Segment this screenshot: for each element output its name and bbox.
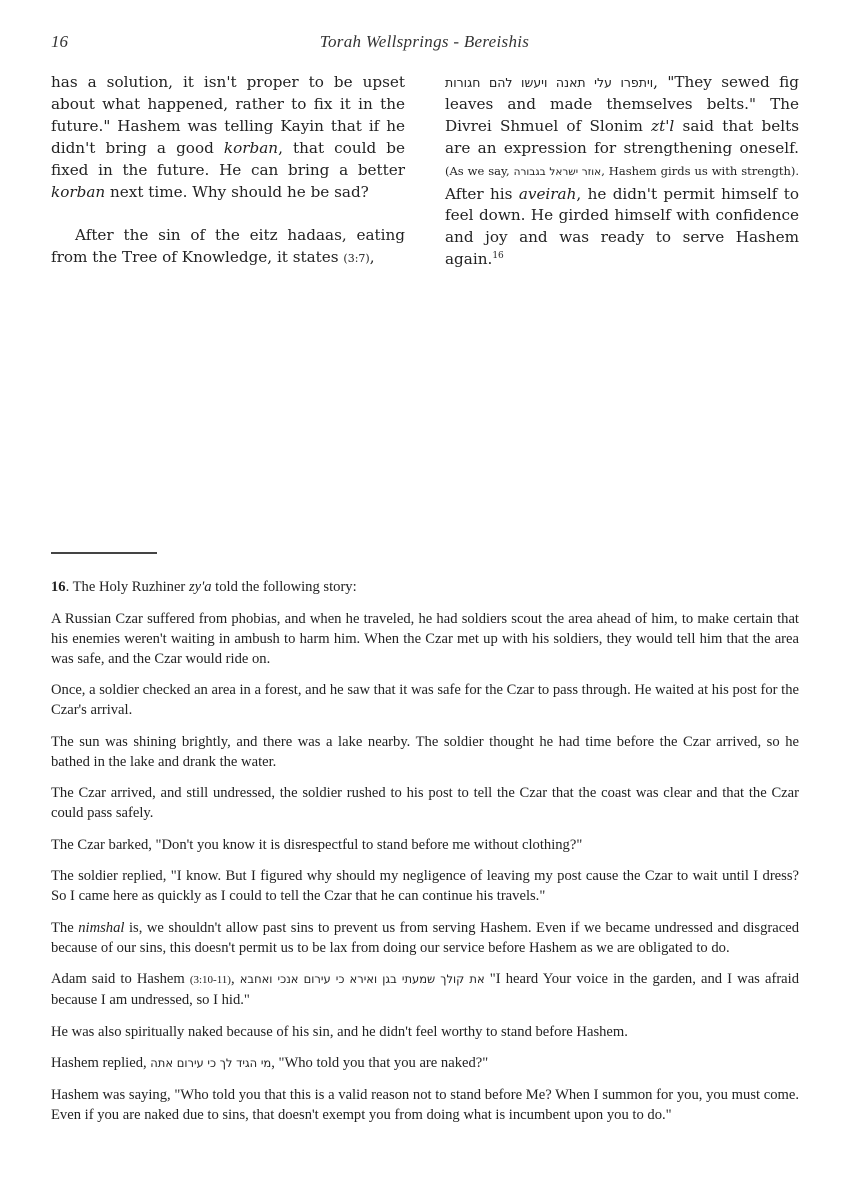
footnote-reference[interactable]: 16: [492, 251, 503, 261]
italic-term: aveirah: [519, 185, 577, 203]
text-run: . The Holy Ruzhiner: [66, 579, 189, 595]
text-run: next time. Why should he be sad?: [105, 183, 369, 201]
hebrew-quote: אוזר ישראל בגבורה: [514, 166, 602, 178]
footnote-paragraph: The soldier replied, "I know. But I figu…: [51, 866, 799, 906]
text-run: , Hashem girds us with strength).: [601, 164, 799, 178]
hebrew-quote: ויתפרו עלי תאנה ויעשו להם חגורות: [445, 75, 653, 90]
parenthetical: (As we say, אוזר ישראל בגבורה, Hashem gi…: [445, 164, 799, 178]
footnote-paragraph: The nimshal is, we shouldn't allow past …: [51, 918, 799, 958]
right-column: ויתפרו עלי תאנה ויעשו להם חגורות, "They …: [445, 72, 799, 271]
text-run: After his: [445, 185, 519, 203]
footnote-number: 16: [51, 579, 66, 595]
italic-term: zt'l: [651, 117, 674, 135]
footnote-paragraph: The Czar barked, "Don't you know it is d…: [51, 835, 799, 855]
text-run: Adam said to Hashem: [51, 971, 190, 987]
body-columns: has a solution, it isn't proper to be up…: [51, 72, 799, 271]
footnote-paragraph: He was also spiritually naked because of…: [51, 1022, 799, 1042]
footnote-paragraph: The sun was shining brightly, and there …: [51, 732, 799, 772]
text-run: is, we shouldn't allow past sins to prev…: [51, 920, 799, 956]
footnote-paragraph: Hashem replied, מי הגיד לך כי עירום אתה,…: [51, 1053, 799, 1073]
paragraph: After the sin of the eitz hadaas, eating…: [51, 225, 405, 270]
italic-term: nimshal: [78, 920, 124, 936]
footnote-paragraph: Hashem was saying, "Who told you that th…: [51, 1085, 799, 1125]
verse-reference: (3:7): [343, 252, 369, 265]
text-run: The: [51, 920, 78, 936]
footnote-paragraph: The Czar arrived, and still undressed, t…: [51, 783, 799, 823]
text-run: ,: [370, 248, 375, 266]
footnote-paragraph: Once, a soldier checked an area in a for…: [51, 680, 799, 720]
verse-reference: (3:10-11): [190, 974, 231, 986]
running-header: 16 Torah Wellsprings - Bereishis: [51, 32, 798, 56]
footnote-intro: 16. The Holy Ruzhiner zy'a told the foll…: [51, 577, 799, 597]
text-run: , "Who told you that you are naked?": [271, 1055, 488, 1071]
italic-term: korban: [224, 139, 278, 157]
italic-term: korban: [51, 183, 105, 201]
hebrew-quote: מי הגיד לך כי עירום אתה: [150, 1056, 271, 1070]
book-title: Torah Wellsprings - Bereishis: [51, 32, 798, 52]
text-run: (As we say,: [445, 164, 514, 178]
hebrew-quote: את קולך שמעתי בגן ואירא כי עירום אנכי וא…: [240, 972, 485, 986]
italic-term: zy'a: [189, 579, 212, 595]
left-column: has a solution, it isn't proper to be up…: [51, 72, 405, 271]
footnote-paragraph: A Russian Czar suffered from phobias, an…: [51, 609, 799, 669]
text-run: Hashem replied,: [51, 1055, 150, 1071]
footnotes: 16. The Holy Ruzhiner zy'a told the foll…: [51, 577, 799, 1136]
text-run: ,: [231, 971, 240, 987]
paragraph: ויתפרו עלי תאנה ויעשו להם חגורות, "They …: [445, 72, 799, 271]
paragraph: has a solution, it isn't proper to be up…: [51, 72, 405, 203]
text-run: told the following story:: [212, 579, 357, 595]
footnote-separator: [51, 552, 157, 554]
footnote-paragraph: Adam said to Hashem (3:10-11), את קולך ש…: [51, 969, 799, 1010]
